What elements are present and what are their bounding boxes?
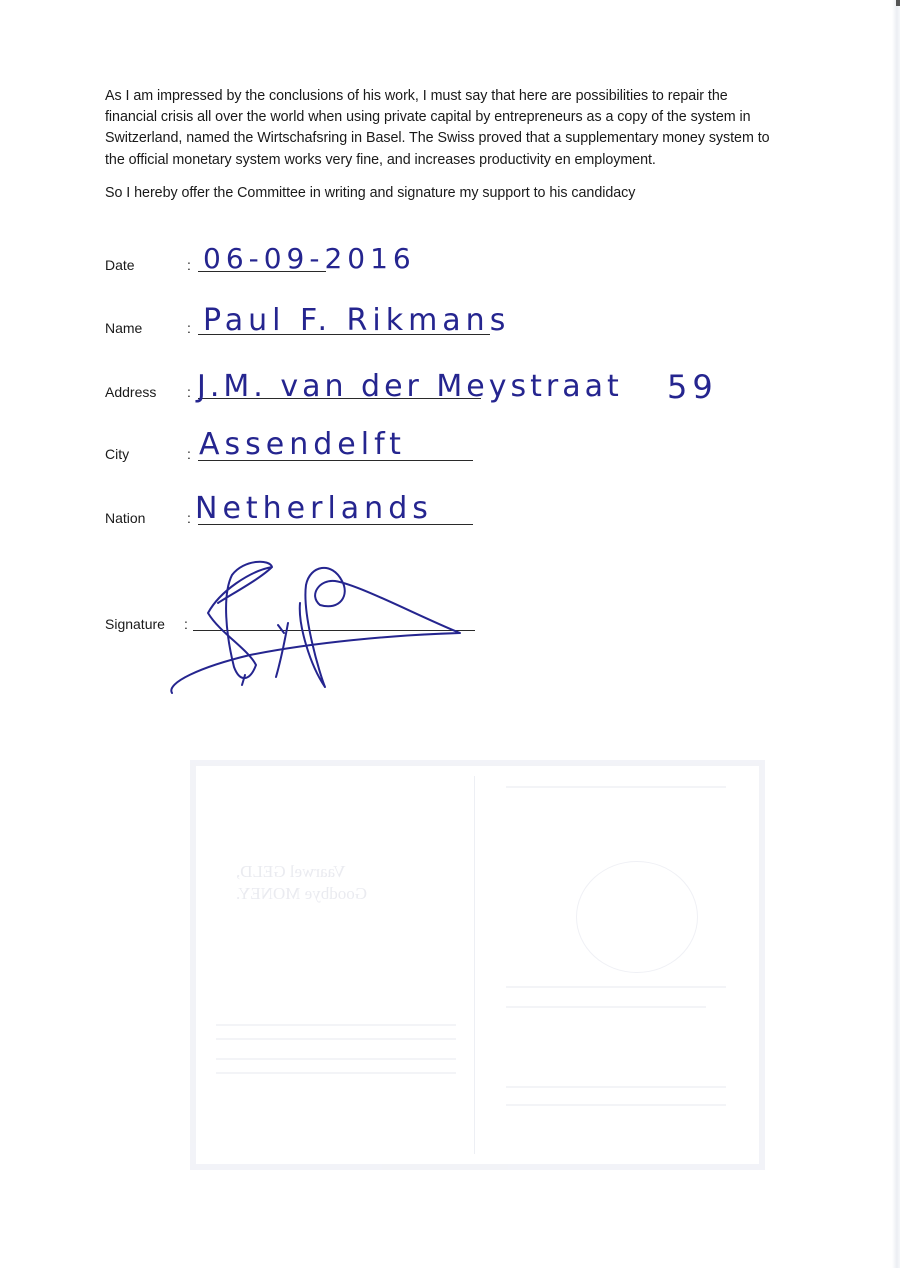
paragraph-conclusions: As I am impressed by the conclusions of … bbox=[105, 86, 775, 171]
bleed-text-line bbox=[216, 1024, 456, 1026]
bleed-text-line bbox=[216, 1072, 456, 1074]
page-edge-shadow bbox=[892, 0, 900, 1268]
city-field: City : Assendelft bbox=[105, 432, 505, 462]
bleed-text-line bbox=[506, 1086, 726, 1088]
date-field: Date : 06-09-2016 bbox=[105, 243, 505, 273]
bleed-text-line bbox=[506, 1104, 726, 1106]
name-colon: : bbox=[187, 320, 191, 336]
address-label: Address bbox=[105, 384, 156, 400]
name-field: Name : Paul F. Rikmans bbox=[105, 306, 605, 336]
nation-field: Nation : Netherlands bbox=[105, 496, 505, 526]
date-label: Date bbox=[105, 257, 135, 273]
address-field: Address : J.M. van der Meystraat 59 bbox=[105, 370, 725, 400]
nation-label: Nation bbox=[105, 510, 145, 526]
name-handwritten-value: Paul F. Rikmans bbox=[203, 303, 510, 338]
city-colon: : bbox=[187, 446, 191, 462]
name-label: Name bbox=[105, 320, 142, 336]
nation-handwritten-value: Netherlands bbox=[195, 491, 433, 526]
bleed-diagram-circle bbox=[576, 861, 698, 973]
bleed-title: Vaarwel GELD, Goodbye MONEY. bbox=[236, 861, 426, 905]
date-colon: : bbox=[187, 257, 191, 273]
address-colon: : bbox=[187, 384, 191, 400]
address-handwritten-value: J.M. van der Meystraat bbox=[197, 369, 623, 404]
paragraph-support: So I hereby offer the Committee in writi… bbox=[105, 183, 775, 204]
bleed-text-line bbox=[506, 786, 726, 788]
date-handwritten-value: 06-09-2016 bbox=[203, 242, 416, 275]
letter-body: As I am impressed by the conclusions of … bbox=[105, 86, 775, 204]
bleed-text-line bbox=[216, 1038, 456, 1040]
reverse-side-bleed-through: Vaarwel GELD, Goodbye MONEY. bbox=[190, 760, 765, 1170]
signature-label: Signature bbox=[105, 616, 165, 632]
city-label: City bbox=[105, 446, 129, 462]
bleed-fold-line bbox=[474, 776, 475, 1154]
handwritten-signature bbox=[160, 555, 480, 705]
bleed-text-line bbox=[506, 1006, 706, 1008]
scan-corner-mark bbox=[896, 0, 900, 6]
city-handwritten-value: Assendelft bbox=[199, 427, 406, 462]
bleed-text-line bbox=[216, 1058, 456, 1060]
address-house-number: 59 bbox=[667, 368, 718, 406]
nation-colon: : bbox=[187, 510, 191, 526]
bleed-text-line bbox=[506, 986, 726, 988]
